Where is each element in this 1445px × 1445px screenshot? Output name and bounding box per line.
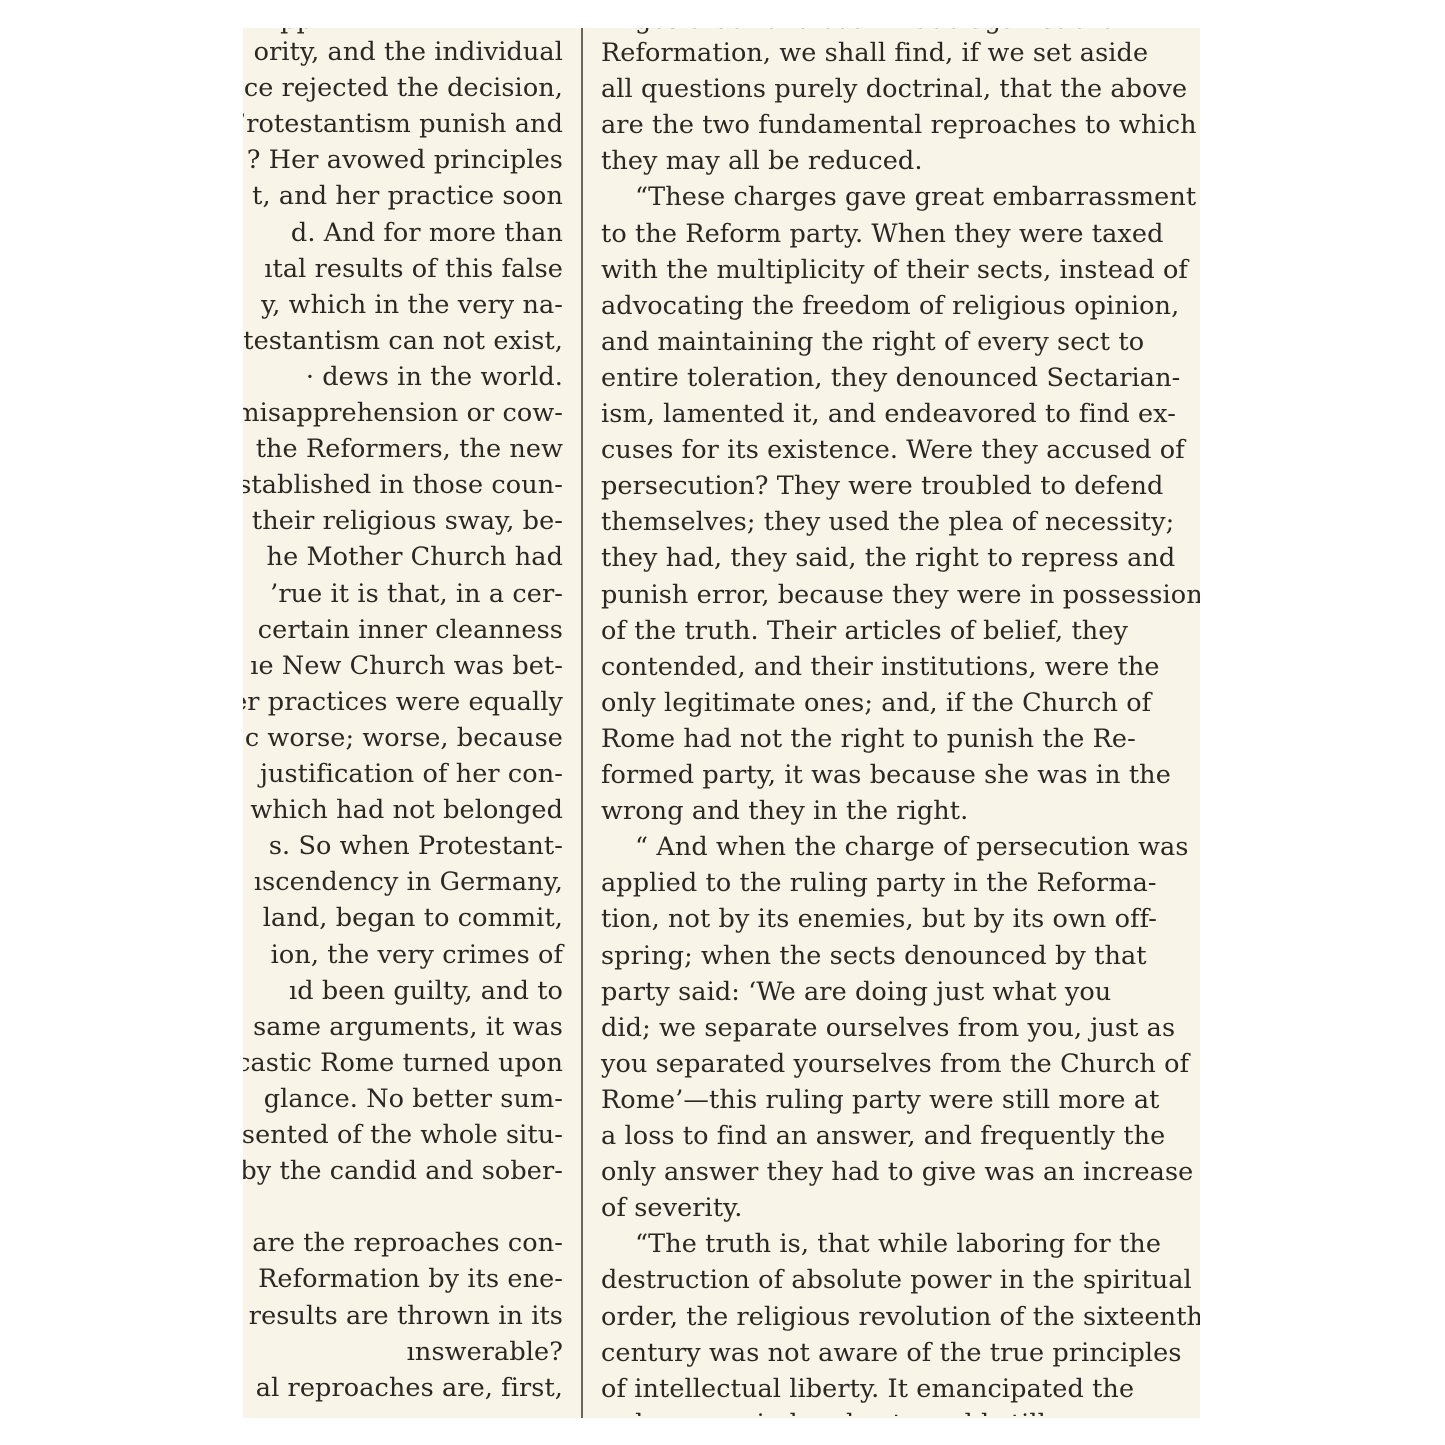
- left-column-text-line: their religious sway, be-: [252, 503, 563, 539]
- right-column-text-line: they had, they said, the right to repres…: [601, 540, 1175, 576]
- right-column-text-line: ism, lamented it, and endeavored to find…: [601, 396, 1176, 432]
- column-divider-rule: [581, 28, 583, 1418]
- right-column-text-line: formed party, it was because she was in …: [601, 757, 1171, 793]
- left-column-text-line: ority, and the individual: [254, 34, 563, 70]
- left-column-text-line: ıd been guilty, and to: [289, 973, 563, 1009]
- right-column-text-line: spring; when the sects denounced by that: [601, 938, 1147, 974]
- right-column-text-line: contended, and their institutions, were …: [601, 649, 1160, 685]
- right-column-text-line: themselves; they used the plea of necess…: [601, 504, 1174, 540]
- right-column-text-line: punish error, because they were in posse…: [601, 577, 1200, 613]
- left-column-text-line: y, which in the very na-: [261, 287, 563, 323]
- right-column-text-line: only legitimate ones; and, if the Church…: [601, 685, 1151, 721]
- right-column-text-line: with the multiplicity of their sects, in…: [601, 252, 1188, 288]
- left-column-text-line: nce rejected the decision,: [243, 70, 563, 106]
- right-column-text-line: wrong and they in the right.: [601, 793, 968, 829]
- left-column-text-line: ınswerable?: [407, 1334, 563, 1370]
- left-column-text-line: he Mother Church had: [267, 539, 563, 575]
- left-column-text-line: justification of her con-: [260, 756, 563, 792]
- right-column-text-line: to the Reform party. When they were taxe…: [601, 216, 1164, 252]
- left-column-text-line: by the candid and sober-: [243, 1153, 563, 1189]
- left-column-text-line: certain inner cleanness: [258, 612, 563, 648]
- right-column-text-line: of severity.: [601, 1190, 743, 1226]
- left-column-text-line: results are thrown in its: [249, 1298, 563, 1334]
- right-column-text-line: a loss to find an answer, and frequently…: [601, 1118, 1165, 1154]
- right-column-text-line: only answer they had to give was an incr…: [601, 1154, 1193, 1190]
- left-column-text-line: same arguments, it was: [253, 1009, 563, 1045]
- left-column-text-line: the Reformers, the new: [256, 431, 563, 467]
- right-column-text-line: they may all be reduced.: [601, 143, 923, 179]
- right-column-text-line: of the truth. Their articles of belief, …: [601, 613, 1128, 649]
- left-column-text-line: · dews in the world.: [306, 359, 563, 395]
- left-column-text-line: ’rue it is that, in a cer-: [270, 576, 563, 612]
- left-column-text-line: er practices were equally: [243, 684, 563, 720]
- right-column-text-line: tion, not by its enemies, but by its own…: [601, 901, 1157, 937]
- left-column-text-line: testantism can not exist,: [243, 323, 563, 359]
- left-column-text-line: al reproaches are, first,: [256, 1370, 563, 1406]
- scanned-book-page: pp ority, and the individualnce rejected…: [243, 28, 1200, 1418]
- right-column-text-line: persecution? They were troubled to defen…: [601, 468, 1164, 504]
- left-column-text-line: land, began to commit,: [263, 900, 563, 936]
- right-column-text-line: destruction of absolute power in the spi…: [601, 1262, 1192, 1298]
- right-column-text-line: are the two fundamental reproaches to wh…: [601, 107, 1197, 143]
- right-column-text-line: and maintaining the right of every sect …: [601, 324, 1144, 360]
- right-column-cut-bottom-line: human mind and yet would still: [635, 1406, 1046, 1418]
- left-column-text-line: ıtal results of this false: [264, 251, 563, 287]
- left-column-text-line: t, and her practice soon: [252, 178, 563, 214]
- left-column-text-line: glance. No better sum-: [264, 1081, 563, 1117]
- left-column-text-line: Reformation by its ene-: [258, 1261, 563, 1297]
- left-column-text-line: ’rotestantism punish and: [243, 106, 563, 142]
- right-column-text-line: “These charges gave great embarrassment: [635, 179, 1196, 215]
- right-column-text-line: cuses for its existence. Were they accus…: [601, 432, 1185, 468]
- left-column-text-line: ? Her avowed principles: [247, 142, 563, 178]
- left-column-text-line: ‘ are the reproaches con-: [243, 1225, 563, 1261]
- right-column-text-line: order, the religious revolution of the s…: [601, 1299, 1200, 1335]
- left-column-text-line: d. And for more than: [291, 215, 563, 251]
- left-column-text-line: esented of the whole situ-: [243, 1117, 563, 1153]
- right-column-text-line: advocating the freedom of religious opin…: [601, 288, 1179, 324]
- left-column-text-line: stablished in those coun-: [243, 467, 563, 503]
- right-column-text-line: of intellectual liberty. It emancipated …: [601, 1371, 1134, 1407]
- right-column-text-line: Rome had not the right to punish the Re-: [601, 721, 1136, 757]
- right-column-text-line: all questions purely doctrinal, that the…: [601, 71, 1187, 107]
- left-column-text-line: ıscendency in Germany,: [254, 864, 563, 900]
- right-column-text-line: Rome’—this ruling party were still more …: [601, 1082, 1159, 1118]
- left-column-text-line: which had not belonged: [250, 792, 563, 828]
- right-column-text-line: you separated yourselves from the Church…: [601, 1046, 1189, 1082]
- left-column-text-line: ıe New Church was bet-: [250, 648, 563, 684]
- left-column-text-line: ion, the very crimes of: [271, 937, 563, 973]
- left-column-text-line: misapprehension or cow-: [243, 395, 563, 431]
- right-column-text-line: party said: ‘We are doing just what you: [601, 974, 1111, 1010]
- right-column-text-line: Reformation, we shall find, if we set as…: [601, 35, 1148, 71]
- right-column-text-line: applied to the ruling party in the Refor…: [601, 865, 1157, 901]
- right-column-text-line: entire toleration, they denounced Sectar…: [601, 360, 1180, 396]
- right-column-text-line: “The truth is, that while laboring for t…: [635, 1226, 1161, 1262]
- right-column-text-line: century was not aware of the true princi…: [601, 1335, 1182, 1371]
- right-column-text-line: did; we separate ourselves from you, jus…: [601, 1010, 1175, 1046]
- left-column-text-line: s. So when Protestant-: [269, 828, 563, 864]
- left-column-text-line: c worse; worse, because: [245, 720, 563, 756]
- left-column-text-line: castic Rome turned upon: [243, 1045, 563, 1081]
- right-column-text-line: “ And when the charge of persecution was: [635, 829, 1189, 865]
